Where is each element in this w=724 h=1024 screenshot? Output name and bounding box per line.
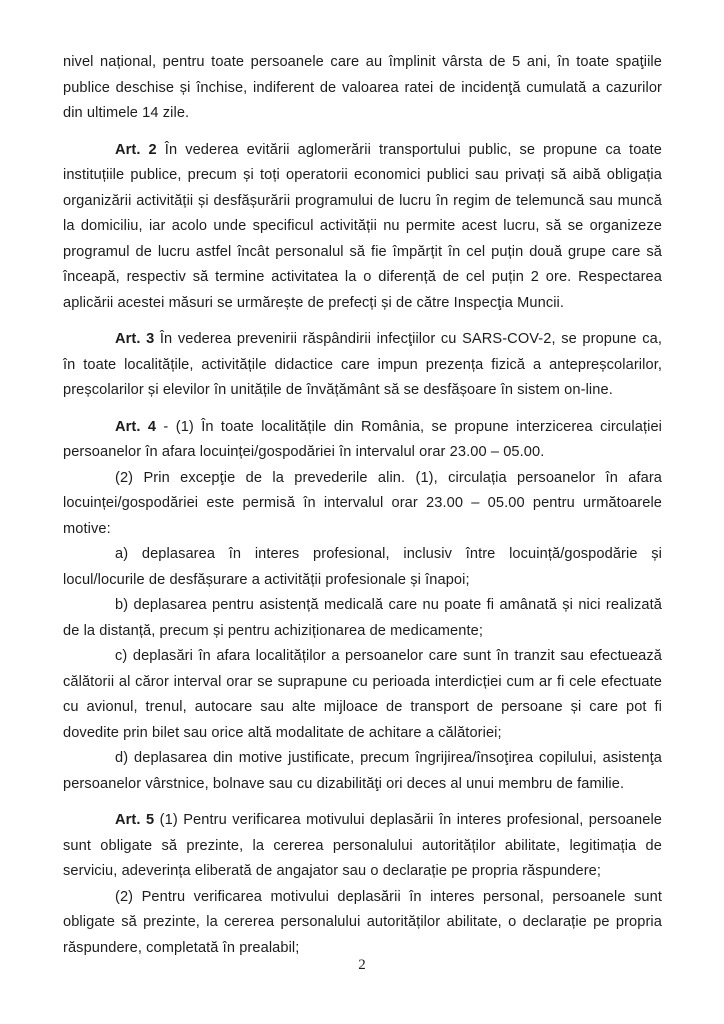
page-footer: 2	[0, 956, 724, 974]
paragraph-litera-a: a) deplasarea în interes profesional, in…	[63, 542, 662, 593]
paragraph-text: În vederea evitării aglomerării transpor…	[63, 142, 662, 311]
article-label: Art. 2	[115, 142, 157, 158]
paragraph-art-4-alin-1: Art. 4 - (1) În toate localitățile din R…	[63, 415, 662, 466]
paragraph-text: (2) Pentru verificarea motivului deplasă…	[63, 889, 662, 956]
paragraph-text: b) deplasarea pentru asistență medicală …	[63, 597, 662, 639]
page-number: 2	[358, 957, 366, 973]
paragraph-art-2: Art. 2 În vederea evitării aglomerării t…	[63, 138, 662, 317]
paragraph-art-3: Art. 3 În vederea prevenirii răspândirii…	[63, 327, 662, 404]
document-body: nivel național, pentru toate persoanele …	[63, 50, 662, 961]
paragraph-text: nivel național, pentru toate persoanele …	[63, 54, 662, 121]
paragraph-litera-c: c) deplasări în afara localităților a pe…	[63, 644, 662, 746]
paragraph-litera-b: b) deplasarea pentru asistență medicală …	[63, 593, 662, 644]
article-label: Art. 5	[115, 812, 154, 828]
paragraph-art-5-alin-1: Art. 5 (1) Pentru verificarea motivului …	[63, 808, 662, 885]
paragraph-litera-d: d) deplasarea din motive justificate, pr…	[63, 746, 662, 797]
paragraph-text: a) deplasarea în interes profesional, in…	[63, 546, 662, 588]
paragraph-text: c) deplasări în afara localităților a pe…	[63, 648, 662, 741]
paragraph-continuation: nivel național, pentru toate persoanele …	[63, 50, 662, 127]
paragraph-text: (2) Prin excepţie de la prevederile alin…	[63, 470, 662, 537]
article-label: Art. 4	[115, 419, 156, 435]
document-page: nivel național, pentru toate persoanele …	[0, 0, 724, 1024]
paragraph-art-5-alin-2: (2) Pentru verificarea motivului deplasă…	[63, 885, 662, 962]
article-label: Art. 3	[115, 331, 154, 347]
paragraph-art-4-alin-2: (2) Prin excepţie de la prevederile alin…	[63, 466, 662, 543]
paragraph-text: d) deplasarea din motive justificate, pr…	[63, 750, 662, 792]
